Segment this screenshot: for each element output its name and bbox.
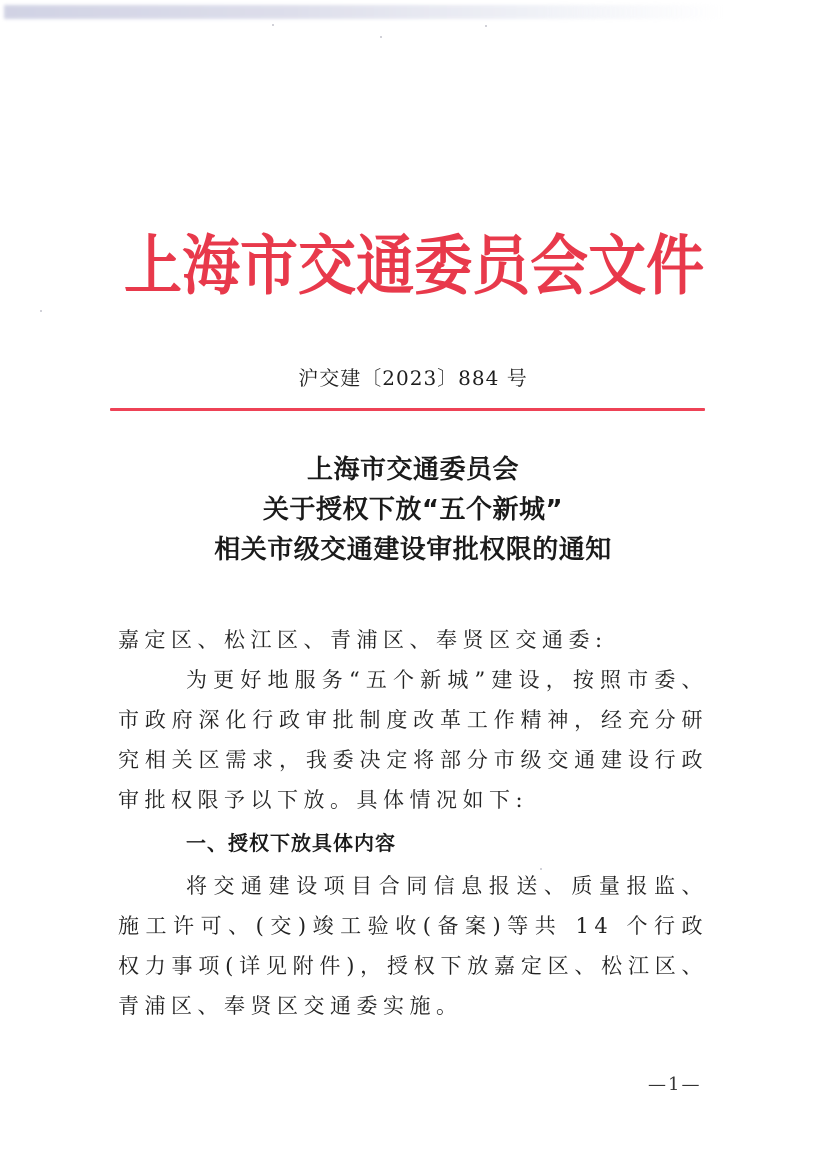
- masthead-char: 上: [124, 213, 182, 307]
- document-title: 上海市交通委员会 关于授权下放“五个新城” 相关市级交通建设审批权限的通知: [0, 450, 826, 570]
- masthead-char: 市: [240, 213, 298, 307]
- document-number: 沪交建〔2023〕884 号: [0, 362, 826, 391]
- masthead-char: 委: [414, 213, 472, 307]
- scan-speck: [272, 24, 274, 26]
- masthead-char: 通: [356, 213, 414, 307]
- section-1-paragraph: 将交通建设项目合同信息报送、质量报监、施工许可、(交)竣工验收(备案)等共 14…: [118, 866, 708, 1026]
- masthead-char: 件: [646, 213, 704, 307]
- addressee-line: 嘉定区、松江区、青浦区、奉贤区交通委:: [118, 620, 708, 660]
- document-masthead: 上 海 市 交 通 委 员 会 文 件: [124, 222, 704, 298]
- scan-speck: [380, 36, 382, 38]
- scan-speck: [485, 25, 487, 27]
- title-line-subject: 关于授权下放“五个新城”: [0, 490, 826, 530]
- intro-paragraph: 为更好地服务“五个新城”建设，按照市委、市政府深化行政审批制度改革工作精神，经充…: [118, 660, 708, 820]
- masthead-char: 海: [182, 213, 240, 307]
- page-number: —1—: [648, 1074, 701, 1095]
- title-line-issuer: 上海市交通委员会: [0, 450, 826, 490]
- title-line-subject-cont: 相关市级交通建设审批权限的通知: [0, 530, 826, 570]
- masthead-char: 员: [472, 213, 530, 307]
- document-body: 嘉定区、松江区、青浦区、奉贤区交通委: 为更好地服务“五个新城”建设，按照市委、…: [118, 620, 708, 1026]
- masthead-char: 文: [588, 213, 646, 307]
- red-separator-rule: [110, 408, 705, 411]
- scan-edge-artifact: [4, 5, 724, 19]
- masthead-char: 交: [298, 213, 356, 307]
- section-heading-1: 一、授权下放具体内容: [118, 820, 708, 866]
- scan-speck: [40, 310, 42, 312]
- masthead-char: 会: [530, 213, 588, 307]
